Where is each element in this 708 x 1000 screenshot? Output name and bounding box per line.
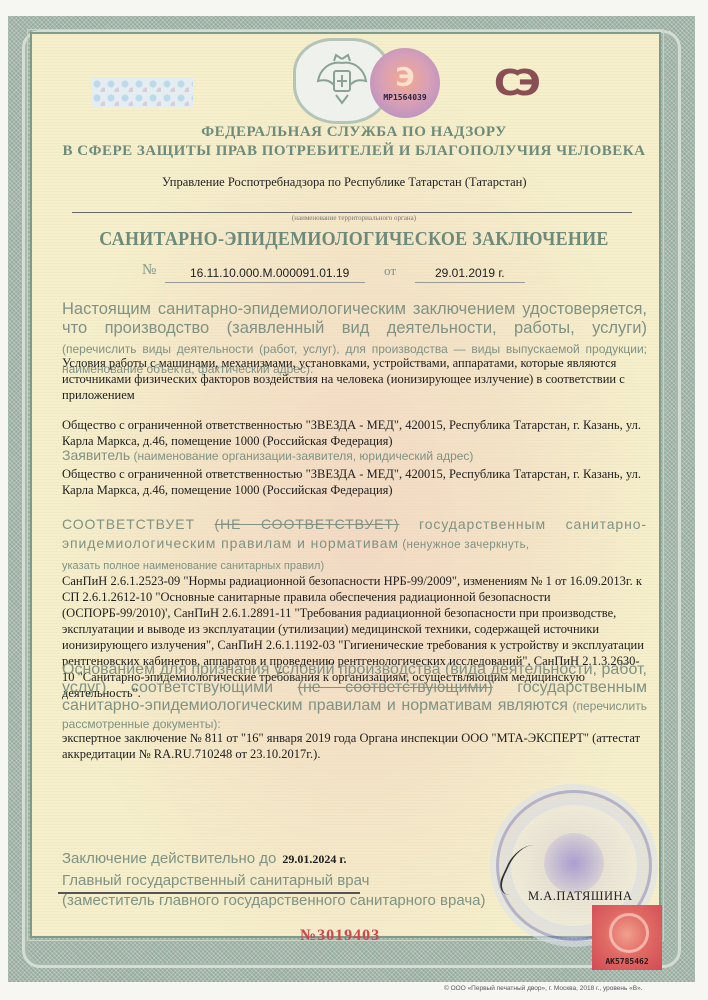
number-underline xyxy=(165,282,365,283)
not-conforms-struck: (НЕ СООТВЕТСТВУЕТ) xyxy=(215,516,400,532)
basis-statement: Основанием для признания условий произво… xyxy=(62,661,647,733)
validity-date: 29.01.2024 г. xyxy=(282,852,346,866)
stamp-emblem-icon xyxy=(544,833,604,893)
signatory-name: М.А.ПАТЯШИНА xyxy=(528,889,633,904)
intro-main: Настоящим санитарно-эпидемиологическим з… xyxy=(62,300,647,337)
conformity-hint: (ненужное зачеркнуть, xyxy=(399,539,529,551)
validity-label: Заключение действительно до xyxy=(62,850,276,867)
issue-date: 29.01.2019 г. xyxy=(435,266,505,280)
conformity-statement: СООТВЕТСТВУЕТ (НЕ СООТВЕТСТВУЕТ) государ… xyxy=(62,515,647,576)
applicant-label: Заявитель xyxy=(62,447,130,463)
territorial-underline xyxy=(72,212,632,213)
applicant-label-row: Заявитель (наименование организации-заяв… xyxy=(62,447,647,463)
form-serial-number: №3019403 xyxy=(300,927,380,945)
territorial-caption: (наименование территориального органа) xyxy=(0,214,708,222)
territorial-body: Управление Роспотребнадзора по Республик… xyxy=(162,175,527,190)
document-title: САНИТАРНО-ЭПИДЕМИОЛОГИЧЕСКОЕ ЗАКЛЮЧЕНИЕ xyxy=(35,228,672,251)
hologram-serial: МР1564039 xyxy=(383,93,426,102)
expert-conclusion: экспертное заключение № 811 от "16" янва… xyxy=(62,730,647,762)
agency-name-line-1: ФЕДЕРАЛЬНАЯ СЛУЖБА ПО НАДЗОРУ xyxy=(0,124,708,141)
validity-row: Заключение действительно до29.01.2024 г. xyxy=(62,850,346,867)
conclusion-number: 16.11.10.000.M.000091.01.19 xyxy=(190,266,349,280)
se-logo: СЭ xyxy=(494,63,535,104)
conformity-hint-2: указать полное наименование санитарных п… xyxy=(62,560,324,572)
hologram-logo-icon: Э xyxy=(395,65,414,91)
applicant-hint: (наименование организации-заявителя, юри… xyxy=(130,449,473,463)
date-underline xyxy=(415,282,525,283)
basis-struck: (не соответствующими) xyxy=(298,679,493,696)
security-hologram-strip xyxy=(91,78,193,108)
signatory-subtitle: (заместитель главного государственного с… xyxy=(62,892,486,909)
agency-name-line-2: В СФЕРЕ ЗАЩИТЫ ПРАВ ПОТРЕБИТЕЛЕЙ И БЛАГО… xyxy=(0,143,708,160)
printer-note: © ООО «Первый печатный двор», г. Москва,… xyxy=(444,985,643,992)
number-sign: № xyxy=(142,262,156,279)
facility-organization: Общество с ограниченной ответственностью… xyxy=(62,417,647,449)
hologram-ring-icon xyxy=(609,913,649,953)
double-headed-eagle-icon xyxy=(314,51,370,111)
date-from-label: от xyxy=(384,263,396,279)
activity-description: Условия работы с машинами, механизмами, … xyxy=(62,355,647,403)
applicant-organization: Общество с ограниченной ответственностью… xyxy=(62,466,647,498)
hologram-seal-top: Э МР1564039 xyxy=(370,48,440,118)
signatory-title: Главный государственный санитарный врач xyxy=(62,872,369,889)
hologram-seal-bottom: АК5785462 xyxy=(592,905,662,970)
conforms-text: СООТВЕТСТВУЕТ xyxy=(62,516,215,532)
bottom-hologram-serial: АК5785462 xyxy=(605,957,648,966)
